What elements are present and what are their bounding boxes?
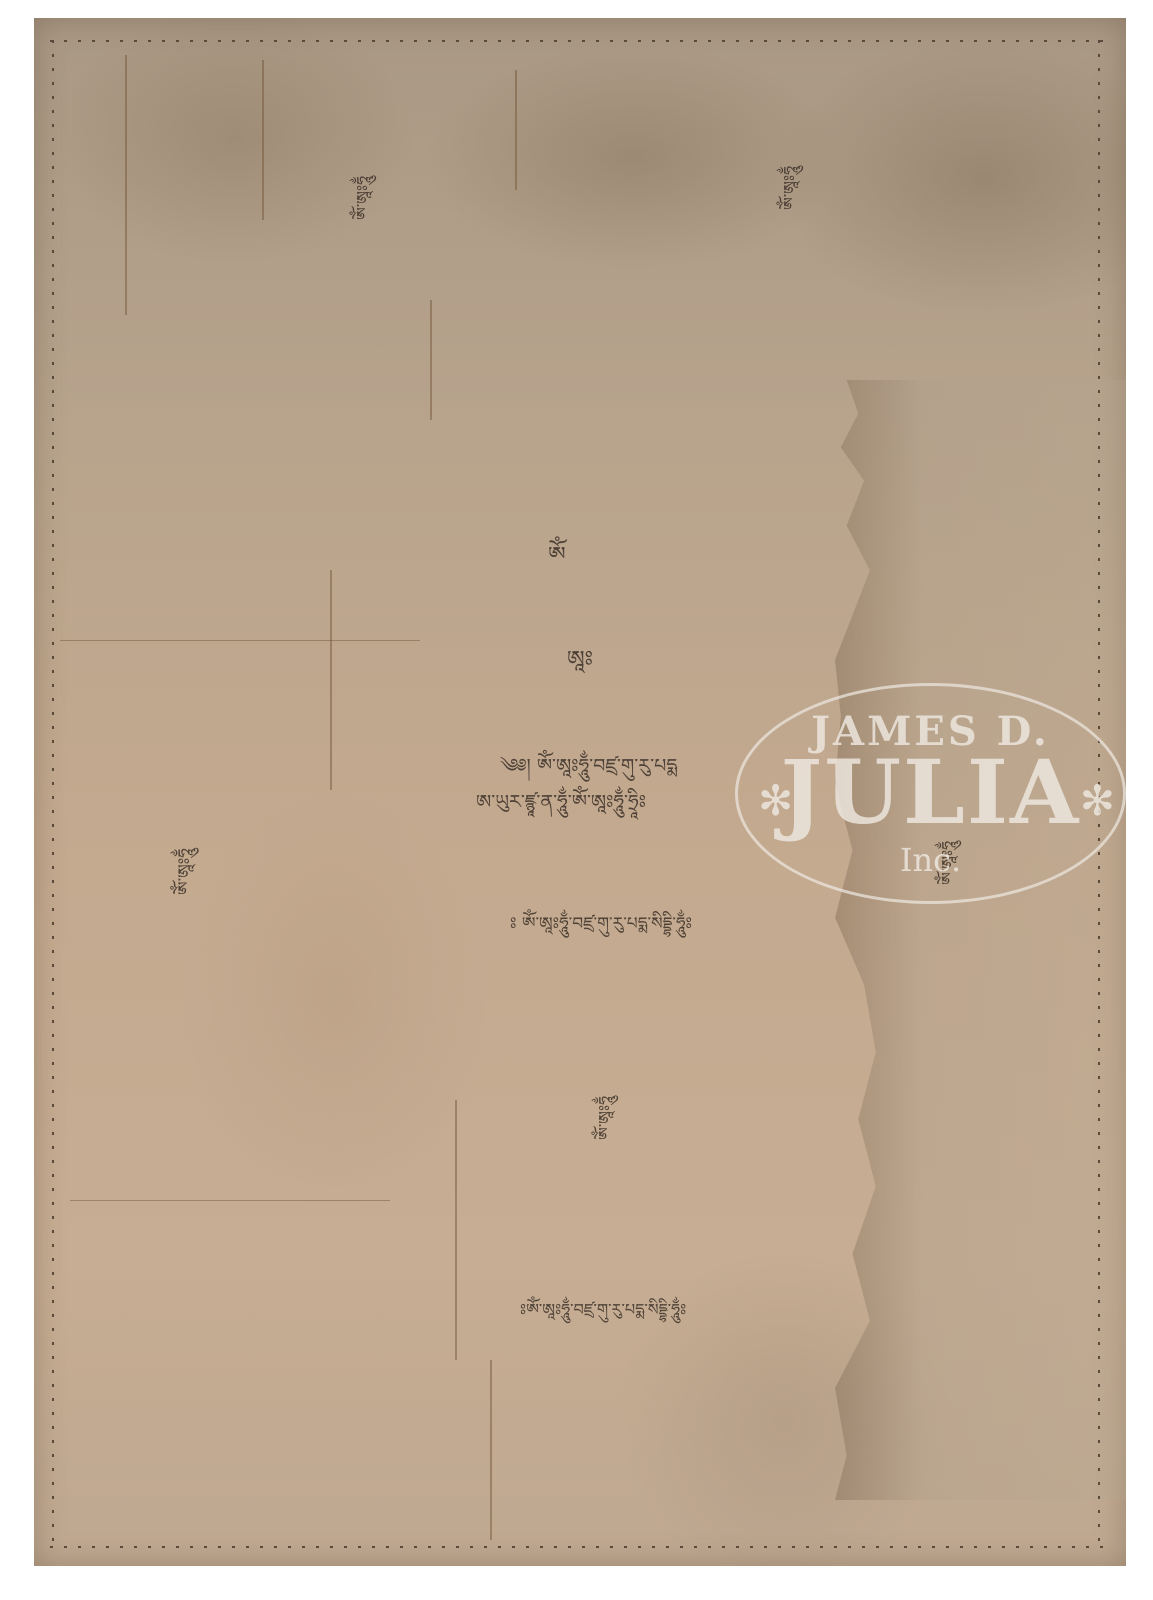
- inscription-left: ཨོཾ་ཨཱཿཧཱུྂ: [165, 848, 213, 895]
- fold-crack: [70, 1200, 390, 1201]
- ornament-icon: ✻: [1080, 776, 1115, 825]
- inscription-center-line-2: ཨ་ཡུར་ཛྙཱ་ན་ཧཱུྂ་ཨོཾ་ཨཱཿཧཱུྂ་ཧྲཱིཿ: [476, 780, 646, 834]
- inscription-center-om: ཨོཾ: [548, 530, 566, 592]
- inscription-lower: ཨོཾ་ཨཱཿཧཱུྂ: [587, 1096, 632, 1140]
- inscription-bottom-mantra: ཿཨོཾ་ཨཱཿཧཱུྂ་བཛྲ་གུ་རུ་པདྨ་སིདྡྷི་ཧཱུྂཿ: [520, 1292, 686, 1337]
- inscription-top-right: ཨོཾ་ཨཱཿཧཱུྂ: [772, 166, 817, 210]
- auction-watermark: JAMES D. ✻ JULIA ✻ Inc.: [735, 683, 1126, 904]
- watermark-line-2: JULIA: [738, 748, 1123, 836]
- fold-crack: [430, 300, 432, 420]
- fold-crack: [125, 55, 127, 315]
- bottom-stitching: [50, 1546, 1110, 1548]
- fold-crack: [455, 1100, 457, 1360]
- inscription-middle-mantra: ཿ ཨོཾ་ཨཱཿཧཱུྂ་བཛྲ་གུ་རུ་པདྨ་སིདྡྷི་ཧཱུྂཿ: [510, 904, 692, 952]
- top-stitching: [50, 40, 1110, 42]
- fold-crack: [515, 70, 517, 190]
- fold-crack: [60, 640, 420, 641]
- inscription-center-ah: ཨཱཿ: [567, 634, 593, 696]
- fold-crack: [262, 60, 264, 220]
- watermark-line-3: Inc.: [738, 841, 1123, 879]
- fold-crack: [330, 570, 332, 790]
- left-stitching: [52, 40, 54, 1546]
- inscription-top-left: ཨོཾ་ཨཱཿཧཱུྂ: [345, 176, 390, 220]
- fold-crack: [490, 1360, 492, 1540]
- water-stain: [835, 380, 1126, 1500]
